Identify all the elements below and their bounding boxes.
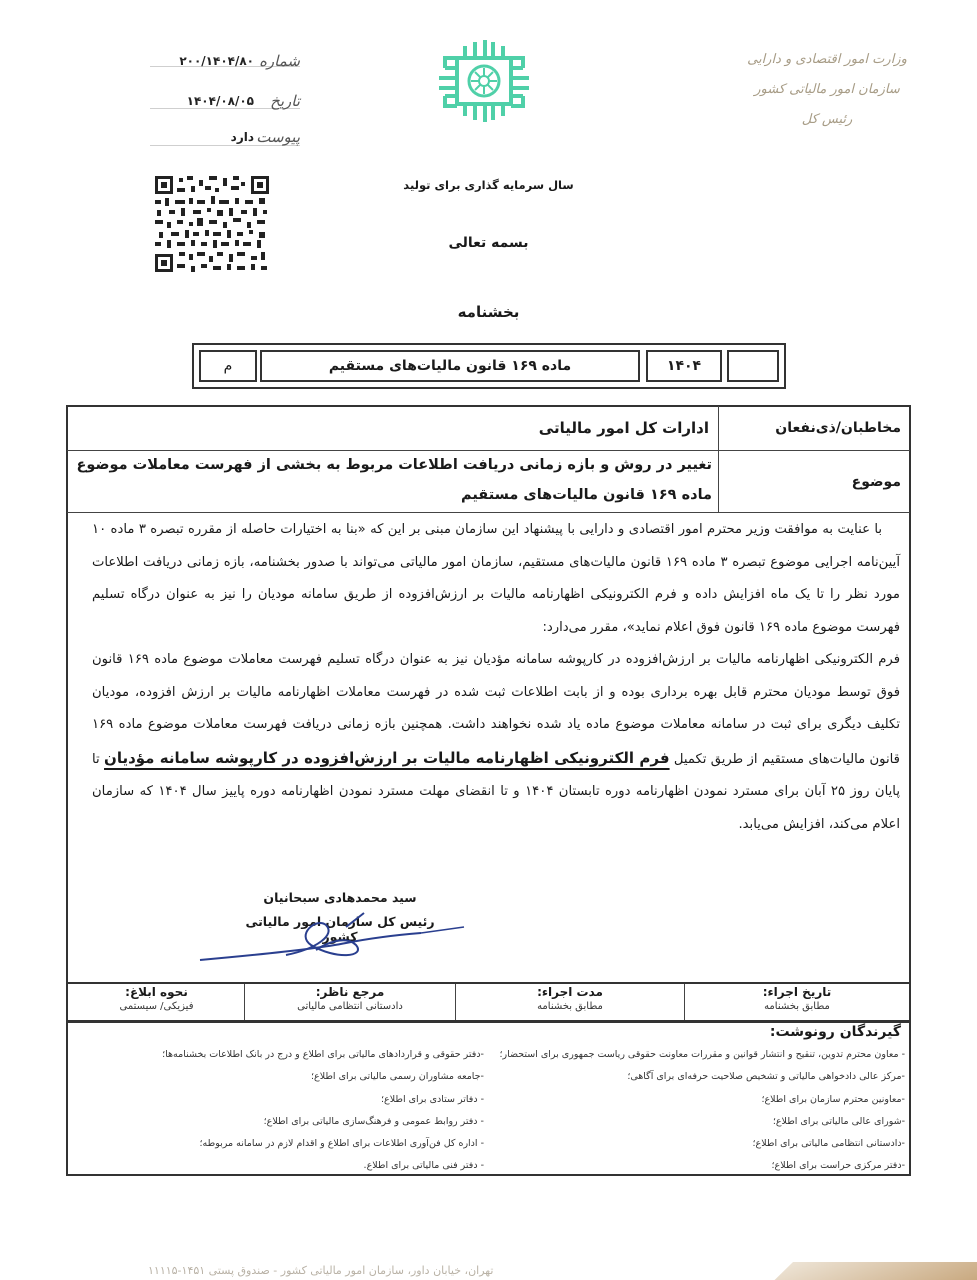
- circular-body: با عنایت به موافقت وزیر محترم امور اقتصا…: [92, 514, 900, 841]
- page-corner-decoration: [747, 1262, 977, 1280]
- title-cell-blank: [727, 350, 779, 382]
- execution-duration-cell: مدت اجراء: مطابق بخشنامه: [456, 984, 684, 1020]
- execution-date-cell: تاریخ اجراء: مطابق بخشنامه: [685, 984, 909, 1020]
- organization-address: تهران، خیابان داور، سازمان امور مالیاتی …: [148, 1264, 493, 1277]
- circular-title-box: ۱۴۰۴ ماده ۱۶۹ قانون مالیات‌های مستقیم م: [192, 343, 786, 389]
- cc-list-right: - معاون محترم تدوین، تنقیح و انتشار قوان…: [499, 1044, 905, 1178]
- notification-method-cell: نحوه ابلاغ: فیزیکی/ سیستمی: [68, 984, 245, 1020]
- attachment-label: پیوست: [260, 128, 300, 146]
- cc-title: گیرندگان رونوشت:: [770, 1024, 901, 1040]
- grid-divider: [455, 984, 456, 1020]
- signature-icon: [196, 905, 466, 967]
- cc-list-left: -دفتر حقوقی و قراردادهای مالیاتی برای اط…: [162, 1044, 484, 1178]
- date-value: ۱۴۰۴/۰۸/۰۵: [187, 94, 254, 108]
- cc-item: -دفتر حقوقی و قراردادهای مالیاتی برای اط…: [162, 1044, 484, 1066]
- attachment-value: دارد: [231, 130, 254, 144]
- body-paragraph-1: با عنایت به موافقت وزیر محترم امور اقتصا…: [92, 514, 900, 644]
- signer-name: سید محمدهادی سبحانیان: [230, 890, 450, 905]
- letter-date: تاریخ ۱۴۰۴/۰۸/۰۵: [150, 92, 300, 110]
- cc-item: -جامعه مشاوران رسمی مالیاتی برای اطلاع؛: [162, 1066, 484, 1088]
- execution-date-label: تاریخ اجراء:: [685, 985, 909, 999]
- cc-item: -شورای عالی مالیاتی برای اطلاع؛: [499, 1111, 905, 1133]
- year-slogan: سال سرمایه گذاری برای تولید: [0, 178, 977, 192]
- supervisory-authority-value: دادستانی انتظامی مالیاتی: [245, 1001, 455, 1012]
- execution-info-grid: تاریخ اجراء: مطابق بخشنامه مدت اجراء: مط…: [66, 984, 911, 1022]
- date-label: تاریخ: [260, 92, 300, 110]
- cc-item: - دفتر روابط عمومی و فرهنگ‌سازی مالیاتی …: [162, 1111, 484, 1133]
- document-type: بخشنامه: [0, 303, 977, 321]
- cc-item: -مرکز عالی دادخواهی مالیاتی و تشخیص صلاح…: [499, 1066, 905, 1088]
- subject-label: موضوع: [852, 474, 901, 490]
- number-label: شماره: [260, 52, 300, 70]
- cc-item: - معاون محترم تدوین، تنقیح و انتشار قوان…: [499, 1044, 905, 1066]
- head-title: رئیس کل: [717, 105, 937, 135]
- supervisory-authority-label: مرجع ناظر:: [245, 985, 455, 999]
- title-cell-subject: ماده ۱۶۹ قانون مالیات‌های مستقیم: [260, 350, 640, 382]
- body-highlight: فرم الکترونیکی اظهارنامه مالیات بر ارزش‌…: [104, 749, 670, 767]
- execution-date-value: مطابق بخشنامه: [685, 1001, 909, 1012]
- organization-name: سازمان امور مالیاتی کشور: [717, 75, 937, 105]
- tax-organization-emblem-icon: [435, 38, 533, 124]
- title-cell-code: م: [199, 350, 257, 382]
- cc-item: - اداره کل فن‌آوری اطلاعات برای اطلاع و …: [162, 1133, 484, 1155]
- grid-divider: [684, 984, 685, 1020]
- title-cell-year: ۱۴۰۴: [646, 350, 722, 382]
- cc-item: - دفتر فنی مالیاتی برای اطلاع.: [162, 1155, 484, 1177]
- cc-item: -معاونین محترم سازمان برای اطلاع؛: [499, 1089, 905, 1111]
- row-divider-2: [67, 512, 910, 513]
- cc-item: -دادستانی انتظامی مالیاتی برای اطلاع؛: [499, 1133, 905, 1155]
- invocation: بسمه تعالی: [0, 235, 977, 251]
- label-column-divider: [718, 406, 719, 513]
- execution-duration-label: مدت اجراء:: [456, 985, 684, 999]
- execution-duration-value: مطابق بخشنامه: [456, 1001, 684, 1012]
- supervisory-authority-cell: مرجع ناظر: دادستانی انتظامی مالیاتی: [245, 984, 455, 1020]
- ministry-letterhead: وزارت امور اقتصادی و دارایی سازمان امور …: [717, 45, 937, 135]
- addressees-value: ادارات کل امور مالیاتی: [539, 413, 709, 443]
- addressees-label: مخاطبان/ذی‌نفعان: [775, 420, 901, 436]
- ministry-name: وزارت امور اقتصادی و دارایی: [717, 45, 937, 75]
- number-value: ۲۰۰/۱۴۰۴/۸۰: [179, 54, 254, 68]
- notification-method-value: فیزیکی/ سیستمی: [68, 1001, 245, 1012]
- cc-item: -دفتر مرکزی حراست برای اطلاع؛: [499, 1155, 905, 1177]
- cc-item: - دفاتر ستادی برای اطلاع؛: [162, 1089, 484, 1111]
- subject-value: تغییر در روش و بازه زمانی دریافت اطلاعات…: [76, 450, 712, 510]
- letter-number: شماره ۲۰۰/۱۴۰۴/۸۰: [150, 52, 300, 70]
- notification-method-label: نحوه ابلاغ:: [68, 985, 245, 999]
- body-paragraph-2: فرم الکترونیکی اظهارنامه مالیات بر ارزش‌…: [92, 644, 900, 841]
- letter-attachment: پیوست دارد: [150, 128, 300, 146]
